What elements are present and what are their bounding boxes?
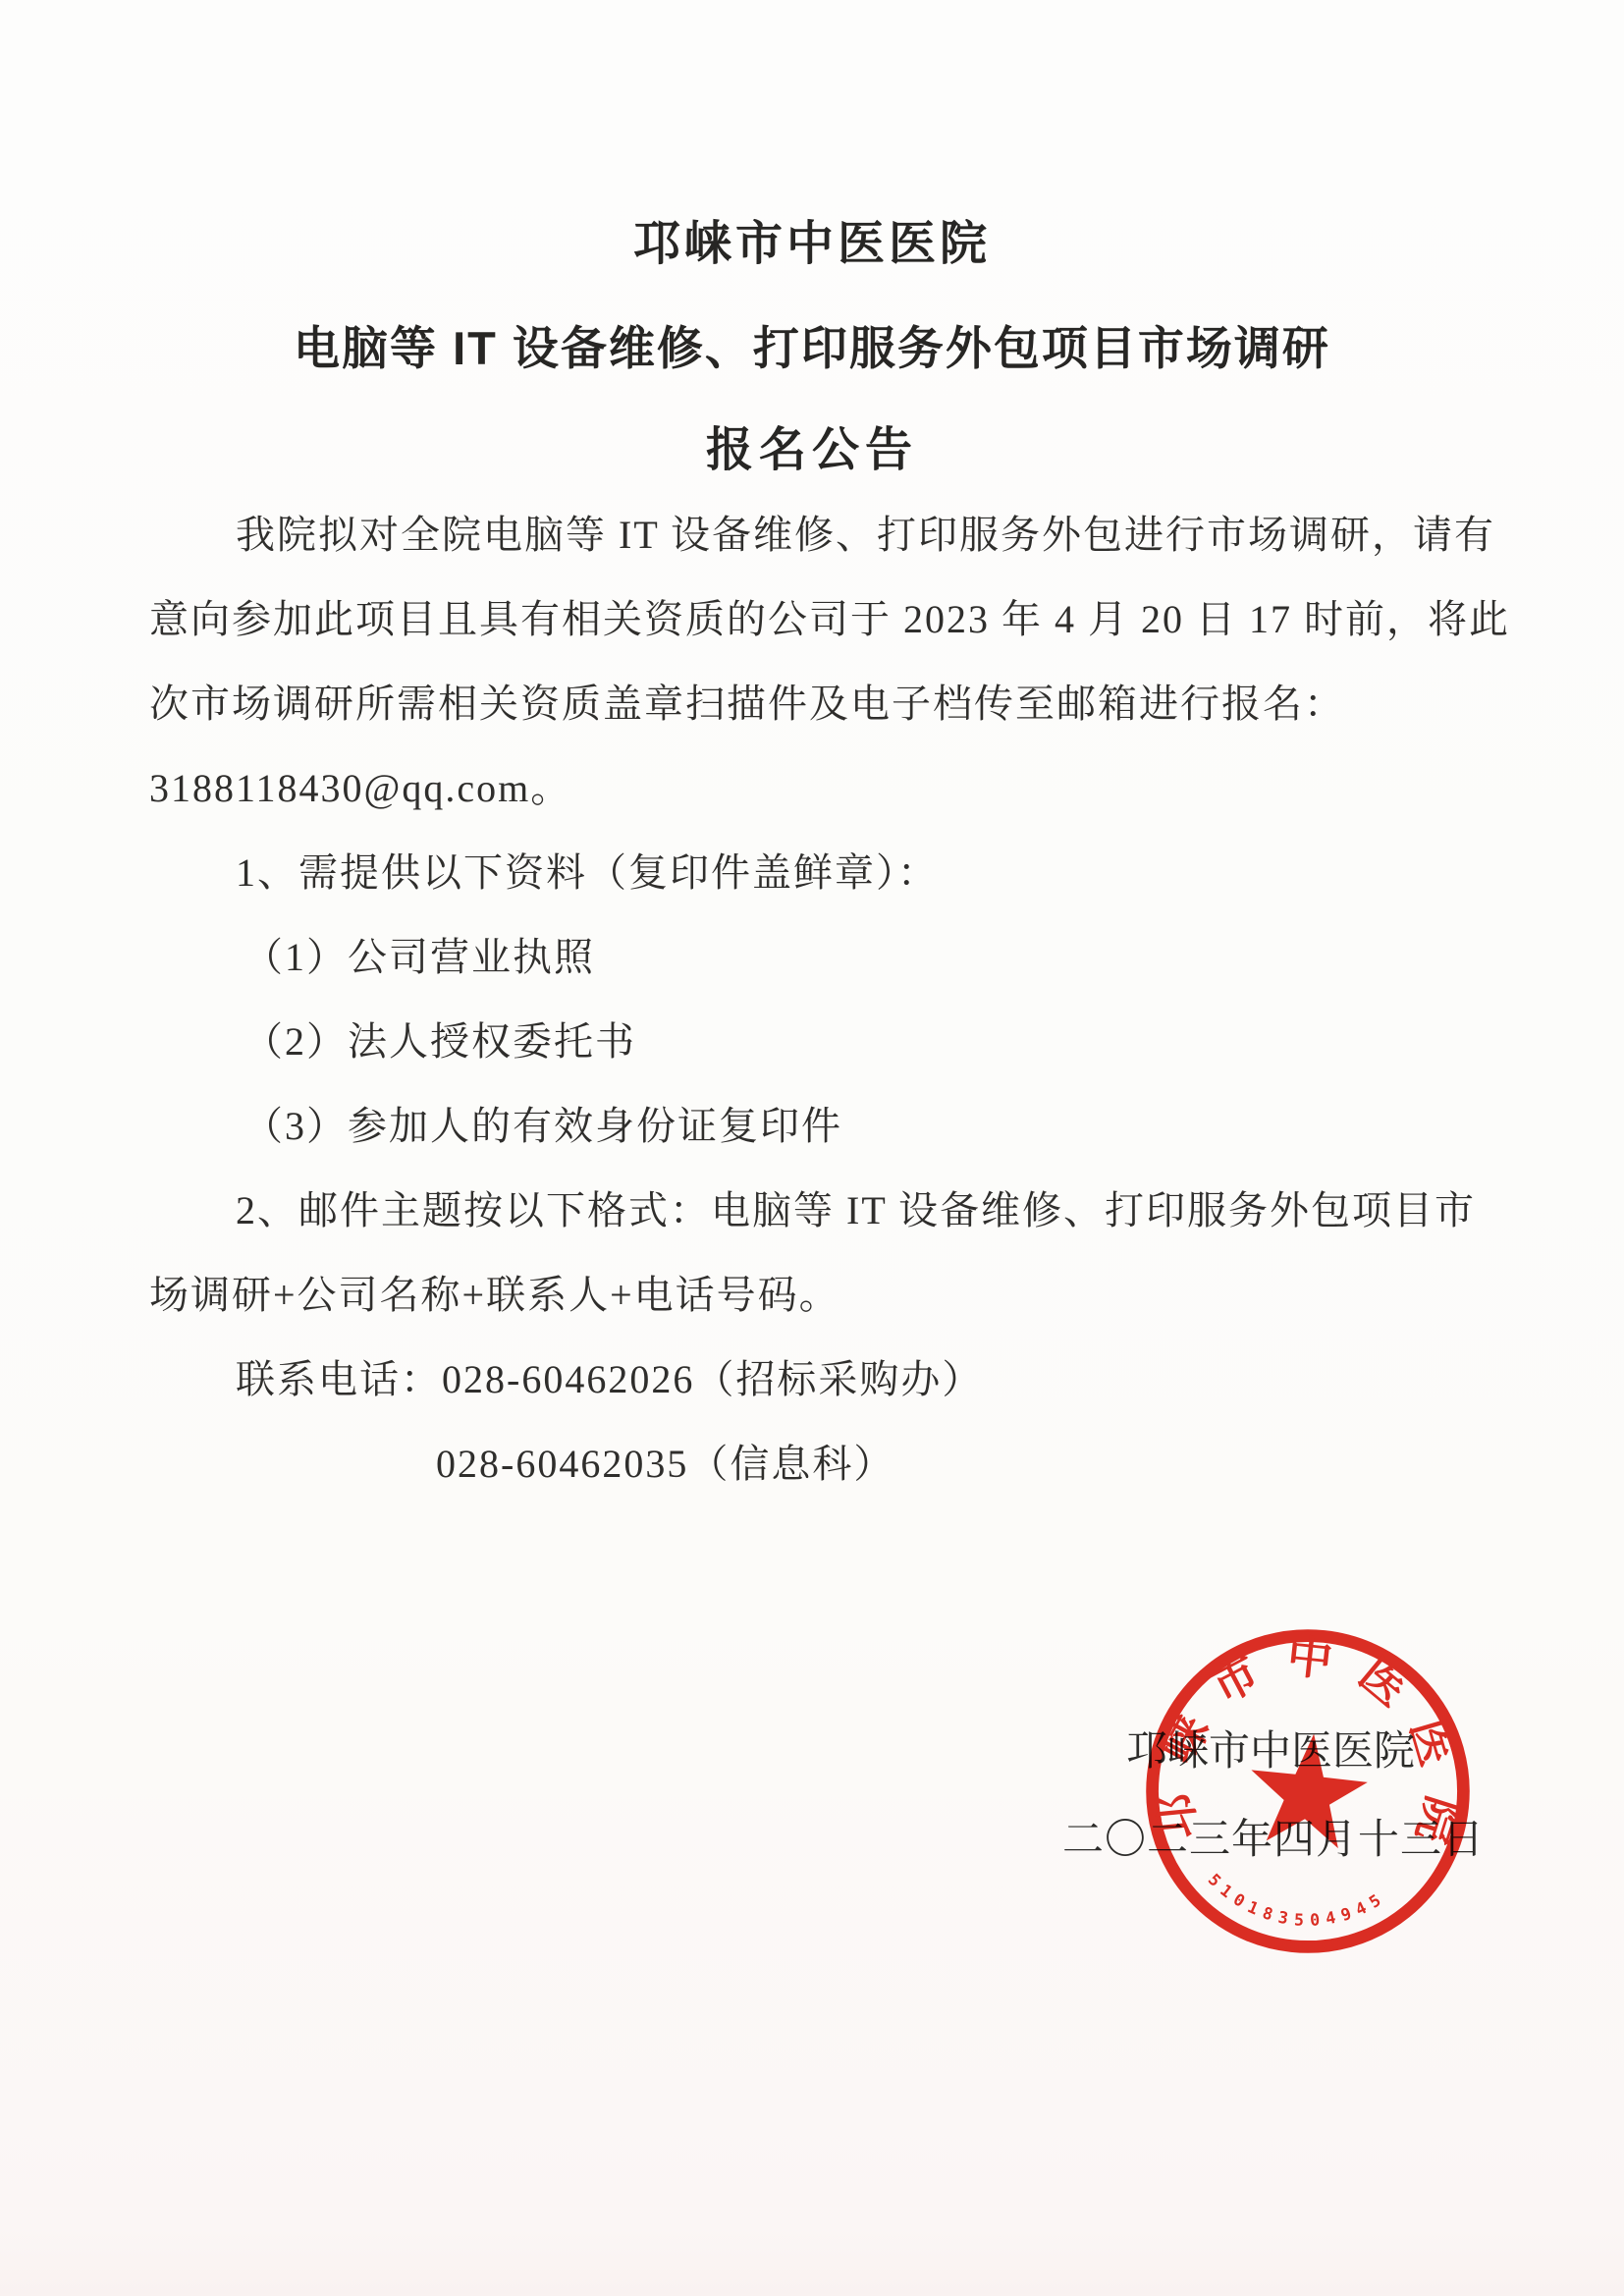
phone-line-bidding: 联系电话：028-60462026（招标采购办） [149,1338,1494,1422]
phone-line-info: 028-60462035（信息科） [149,1422,1494,1506]
official-seal-stamp: 邛崃市中医医院 510183504945 [1118,1602,1498,1982]
seal-star-icon [1244,1727,1372,1850]
page-title-type: 报名公告 [0,424,1624,477]
body-line-item2-cont: 场调研+公司名称+联系人+电话号码。 [149,1253,1494,1338]
page-title-project: 电脑等 IT 设备维修、打印服务外包项目市场调研 [0,322,1624,375]
body-line-submit: 次市场调研所需相关资质盖章扫描件及电子档传至邮箱进行报名： [149,662,1494,746]
body-line-item2: 2、邮件主题按以下格式：电脑等 IT 设备维修、打印服务外包项目市 [149,1169,1494,1253]
body-line-item1: 1、需提供以下资料（复印件盖鲜章）： [149,831,1494,915]
announcement-body: 我院拟对全院电脑等 IT 设备维修、打印服务外包进行市场调研，请有 意向参加此项… [149,493,1494,1506]
page-title-org: 邛崃市中医医院 [0,0,1624,271]
scanned-announcement-page: 邛崃市中医医院 电脑等 IT 设备维修、打印服务外包项目市场调研 报名公告 我院… [0,0,1624,2296]
body-line-item1-1: （1）公司营业执照 [149,915,1494,1000]
body-line-item1-2: （2）法人授权委托书 [149,1000,1494,1084]
seal-svg: 邛崃市中医医院 510183504945 [1118,1602,1498,1982]
email-address: 3188118430@qq.com。 [149,746,1494,831]
body-line-intro: 我院拟对全院电脑等 IT 设备维修、打印服务外包进行市场调研，请有 [149,493,1494,577]
body-line-item1-3: （3）参加人的有效身份证复印件 [149,1084,1494,1169]
body-line-deadline: 意向参加此项目且具有相关资质的公司于 2023 年 4 月 20 日 17 时前… [149,577,1494,662]
